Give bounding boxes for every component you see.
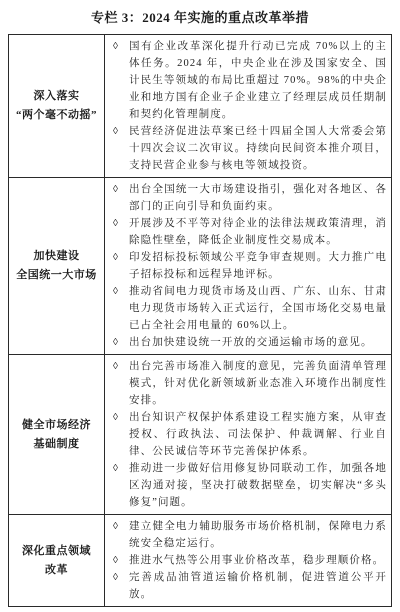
list-item: ◊ 出台加快建设统一开放的交通运输市场的意见。 xyxy=(111,334,387,351)
row-items: ◊ 国有企业改革深化提升行动已完成 70%以上的主体任务。2024 年，中央企业… xyxy=(105,35,391,177)
list-item: ◊ 推动进一步做好信用修复协同联动工作，加强各地区沟通对接，坚决打破数据壁垒，切… xyxy=(111,460,387,511)
diamond-bullet-icon: ◊ xyxy=(111,409,129,426)
row-items: ◊ 出台完善市场准入制度的意见，完善负面清单管理模式，针对优化新领域新业态准入环… xyxy=(105,355,391,514)
list-item: ◊ 开展涉及不平等对待企业的法律法规政策清理，消除隐性壁垒，降低企业制度性交易成… xyxy=(111,215,387,249)
list-item-text: 推动进一步做好信用修复协同联动工作，加强各地区沟通对接，坚决打破数据壁垒，切实解… xyxy=(129,460,387,511)
list-item: ◊ 推动省间电力现货市场及山西、广东、山东、甘肃电力现货市场转入正式运行，全国市… xyxy=(111,283,387,334)
list-item: ◊ 印发招标投标领域公平竞争审查规则。大力推广电子招标投标和远程异地评标。 xyxy=(111,249,387,283)
row-label: 健全市场经济 基础制度 xyxy=(9,355,105,514)
list-item-text: 印发招标投标领域公平竞争审查规则。大力推广电子招标投标和远程异地评标。 xyxy=(129,249,387,283)
diamond-bullet-icon: ◊ xyxy=(111,460,129,477)
list-item: ◊ 国有企业改革深化提升行动已完成 70%以上的主体任务。2024 年，中央企业… xyxy=(111,38,387,123)
list-item-text: 出台知识产权保护体系建设工程实施方案，从审查授权、行政执法、司法保护、仲裁调解、… xyxy=(129,409,387,460)
list-item: ◊ 完善成品油管道运输价格机制，促进管道公平开放。 xyxy=(111,569,387,603)
list-item: ◊ 推进水气热等公用事业价格改革，稳步理顺价格。 xyxy=(111,552,387,569)
list-item: ◊ 民营经济促进法草案已经十四届全国人大常委会第十四次会议二次审议。持续向民间资… xyxy=(111,123,387,174)
row-items: ◊ 建立健全电力辅助服务市场价格机制，保障电力系统安全稳定运行。 ◊ 推进水气热… xyxy=(105,515,391,606)
list-item-text: 建立健全电力辅助服务市场价格机制，保障电力系统安全稳定运行。 xyxy=(129,518,387,552)
row-items: ◊ 出台全国统一大市场建设指引，强化对各地区、各部门的正向引导和负面约束。 ◊ … xyxy=(105,178,391,354)
diamond-bullet-icon: ◊ xyxy=(111,38,129,55)
diamond-bullet-icon: ◊ xyxy=(111,552,129,569)
list-item: ◊ 出台全国统一大市场建设指引，强化对各地区、各部门的正向引导和负面约束。 xyxy=(111,181,387,215)
row-label: 深入落实 “两个毫不动摇” xyxy=(9,35,105,177)
list-item-text: 出台加快建设统一开放的交通运输市场的意见。 xyxy=(129,334,387,351)
list-item-text: 国有企业改革深化提升行动已完成 70%以上的主体任务。2024 年，中央企业在涉… xyxy=(129,38,387,123)
list-item-text: 民营经济促进法草案已经十四届全国人大常委会第十四次会议二次审议。持续向民间资本推… xyxy=(129,123,387,174)
document-page: 专栏 3：2024 年实施的重点改革举措 深入落实 “两个毫不动摇” ◊ 国有企… xyxy=(0,0,400,612)
row-label: 加快建设 全国统一大市场 xyxy=(9,178,105,354)
list-item: ◊ 出台知识产权保护体系建设工程实施方案，从审查授权、行政执法、司法保护、仲裁调… xyxy=(111,409,387,460)
row-label: 深化重点领域 改革 xyxy=(9,515,105,606)
diamond-bullet-icon: ◊ xyxy=(111,334,129,351)
diamond-bullet-icon: ◊ xyxy=(111,123,129,140)
list-item-text: 出台全国统一大市场建设指引，强化对各地区、各部门的正向引导和负面约束。 xyxy=(129,181,387,215)
list-item-text: 推动省间电力现货市场及山西、广东、山东、甘肃电力现货市场转入正式运行，全国市场化… xyxy=(129,283,387,334)
list-item: ◊ 出台完善市场准入制度的意见，完善负面清单管理模式，针对优化新领域新业态准入环… xyxy=(111,358,387,409)
box-title: 专栏 3：2024 年实施的重点改革举措 xyxy=(0,9,400,27)
list-item-text: 出台完善市场准入制度的意见，完善负面清单管理模式，针对优化新领域新业态准入环境作… xyxy=(129,358,387,409)
list-item-text: 完善成品油管道运输价格机制，促进管道公平开放。 xyxy=(129,569,387,603)
list-item-text: 开展涉及不平等对待企业的法律法规政策清理，消除隐性壁垒，降低企业制度性交易成本。 xyxy=(129,215,387,249)
diamond-bullet-icon: ◊ xyxy=(111,283,129,300)
diamond-bullet-icon: ◊ xyxy=(111,358,129,375)
list-item-text: 推进水气热等公用事业价格改革，稳步理顺价格。 xyxy=(129,552,387,569)
table-row: 深入落实 “两个毫不动摇” ◊ 国有企业改革深化提升行动已完成 70%以上的主体… xyxy=(9,35,391,178)
list-item: ◊ 建立健全电力辅助服务市场价格机制，保障电力系统安全稳定运行。 xyxy=(111,518,387,552)
diamond-bullet-icon: ◊ xyxy=(111,569,129,586)
reform-measures-table: 深入落实 “两个毫不动摇” ◊ 国有企业改革深化提升行动已完成 70%以上的主体… xyxy=(8,34,392,607)
diamond-bullet-icon: ◊ xyxy=(111,249,129,266)
table-row: 健全市场经济 基础制度 ◊ 出台完善市场准入制度的意见，完善负面清单管理模式，针… xyxy=(9,355,391,515)
diamond-bullet-icon: ◊ xyxy=(111,181,129,198)
diamond-bullet-icon: ◊ xyxy=(111,518,129,535)
table-row: 加快建设 全国统一大市场 ◊ 出台全国统一大市场建设指引，强化对各地区、各部门的… xyxy=(9,178,391,355)
diamond-bullet-icon: ◊ xyxy=(111,215,129,232)
table-row: 深化重点领域 改革 ◊ 建立健全电力辅助服务市场价格机制，保障电力系统安全稳定运… xyxy=(9,515,391,606)
